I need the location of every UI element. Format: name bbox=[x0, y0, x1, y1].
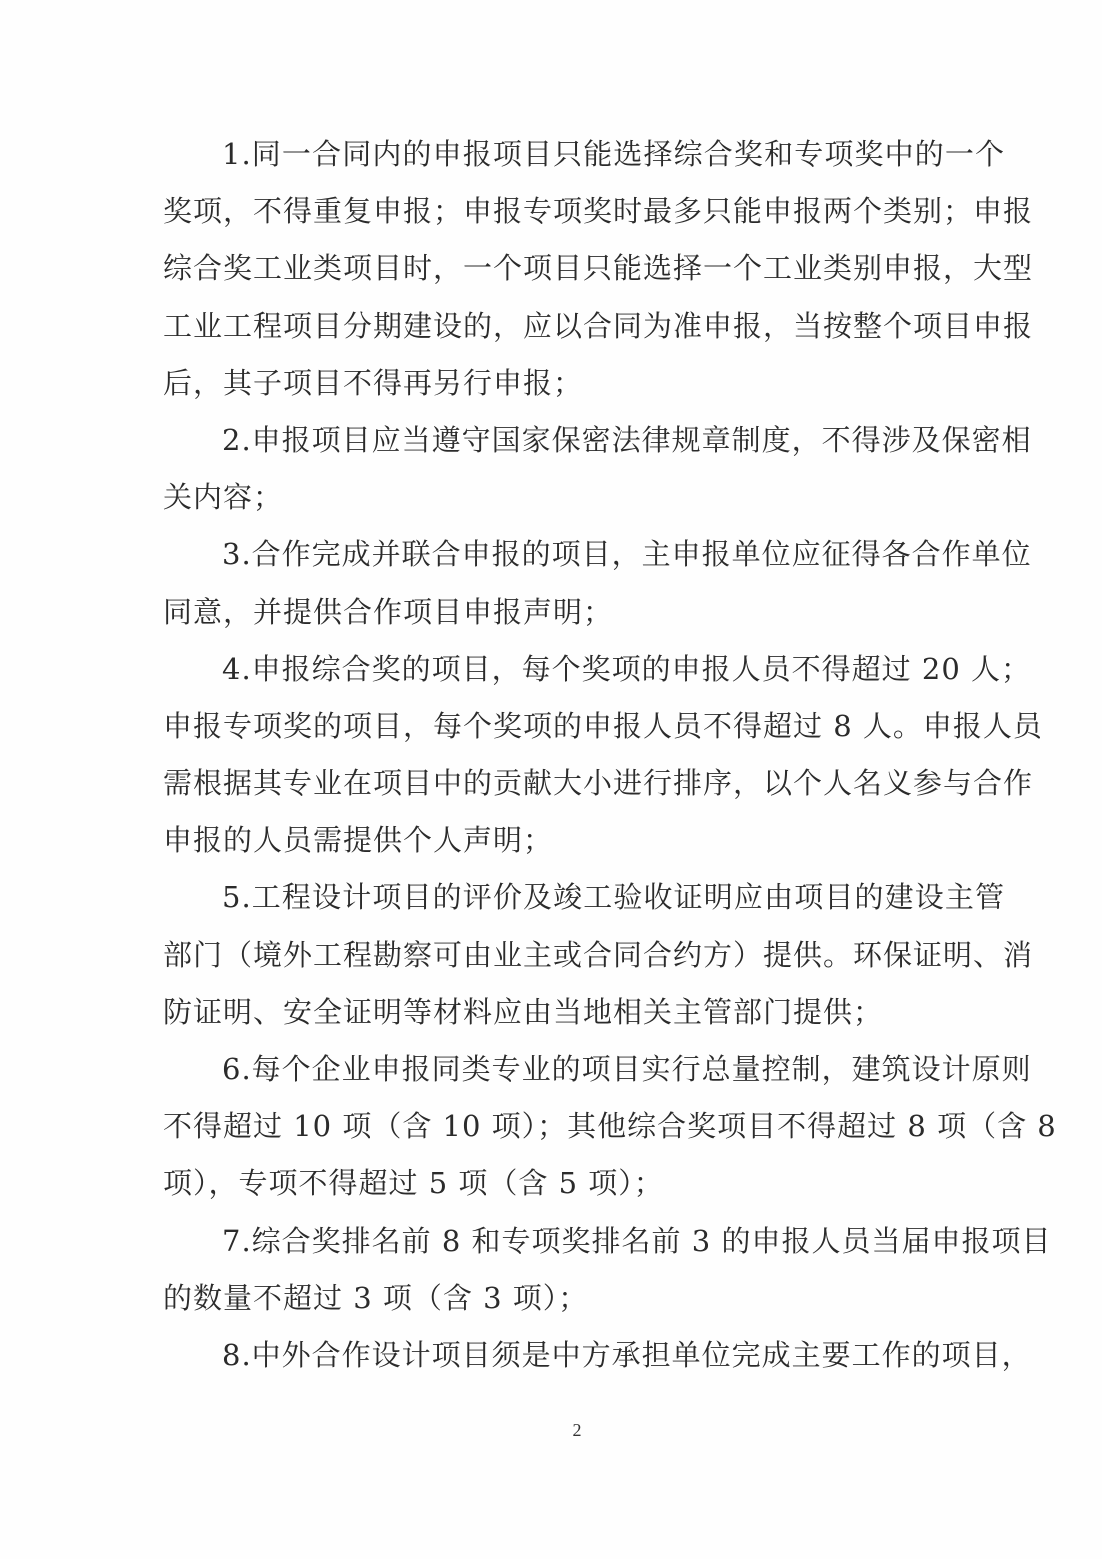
text-line: 8.中外合作设计项目须是中方承担单位完成主要工作的项目， bbox=[163, 1327, 1005, 1384]
paragraph-7: 7.综合奖排名前 8 和专项奖排名前 3 的申报人员当届申报项目 的数量不超过 … bbox=[163, 1213, 1005, 1327]
text-line: 申报专项奖的项目，每个奖项的申报人员不得超过 8 人。申报人员 bbox=[163, 698, 1005, 755]
text-line: 5.工程设计项目的评价及竣工验收证明应由项目的建设主管 bbox=[163, 869, 1005, 926]
text-line: 4.申报综合奖的项目，每个奖项的申报人员不得超过 20 人； bbox=[163, 641, 1005, 698]
text-line: 1.同一合同内的申报项目只能选择综合奖和专项奖中的一个 bbox=[163, 126, 1005, 183]
text-line: 项），专项不得超过 5 项（含 5 项）； bbox=[163, 1155, 1005, 1212]
text-line: 的数量不超过 3 项（含 3 项）； bbox=[163, 1270, 1005, 1327]
paragraph-1: 1.同一合同内的申报项目只能选择综合奖和专项奖中的一个 奖项，不得重复申报；申报… bbox=[163, 126, 1005, 412]
paragraph-2: 2.申报项目应当遵守国家保密法律规章制度，不得涉及保密相 关内容； bbox=[163, 412, 1005, 526]
text-line: 不得超过 10 项（含 10 项）；其他综合奖项目不得超过 8 项（含 8 bbox=[163, 1098, 1005, 1155]
paragraph-6: 6.每个企业申报同类专业的项目实行总量控制，建筑设计原则 不得超过 10 项（含… bbox=[163, 1041, 1005, 1213]
document-page: 1.同一合同内的申报项目只能选择综合奖和专项奖中的一个 奖项，不得重复申报；申报… bbox=[0, 0, 1102, 1559]
text-line: 2.申报项目应当遵守国家保密法律规章制度，不得涉及保密相 bbox=[163, 412, 1005, 469]
text-line: 6.每个企业申报同类专业的项目实行总量控制，建筑设计原则 bbox=[163, 1041, 1005, 1098]
text-line: 关内容； bbox=[163, 469, 1005, 526]
page-number: 2 bbox=[0, 1420, 1102, 1441]
text-line: 3.合作完成并联合申报的项目，主申报单位应征得各合作单位 bbox=[163, 526, 1005, 583]
paragraph-3: 3.合作完成并联合申报的项目，主申报单位应征得各合作单位 同意，并提供合作项目申… bbox=[163, 526, 1005, 640]
text-line: 综合奖工业类项目时，一个项目只能选择一个工业类别申报，大型 bbox=[163, 240, 1005, 297]
paragraph-4: 4.申报综合奖的项目，每个奖项的申报人员不得超过 20 人； 申报专项奖的项目，… bbox=[163, 641, 1005, 870]
text-line: 奖项，不得重复申报；申报专项奖时最多只能申报两个类别；申报 bbox=[163, 183, 1005, 240]
paragraph-8: 8.中外合作设计项目须是中方承担单位完成主要工作的项目， bbox=[163, 1327, 1005, 1384]
text-line: 同意，并提供合作项目申报声明； bbox=[163, 584, 1005, 641]
text-line: 需根据其专业在项目中的贡献大小进行排序，以个人名义参与合作 bbox=[163, 755, 1005, 812]
text-line: 后，其子项目不得再另行申报； bbox=[163, 355, 1005, 412]
text-line: 防证明、安全证明等材料应由当地相关主管部门提供； bbox=[163, 984, 1005, 1041]
text-line: 7.综合奖排名前 8 和专项奖排名前 3 的申报人员当届申报项目 bbox=[163, 1213, 1005, 1270]
text-line: 工业工程项目分期建设的，应以合同为准申报，当按整个项目申报 bbox=[163, 298, 1005, 355]
text-line: 申报的人员需提供个人声明； bbox=[163, 812, 1005, 869]
document-body: 1.同一合同内的申报项目只能选择综合奖和专项奖中的一个 奖项，不得重复申报；申报… bbox=[163, 126, 1005, 1384]
paragraph-5: 5.工程设计项目的评价及竣工验收证明应由项目的建设主管 部门（境外工程勘察可由业… bbox=[163, 869, 1005, 1041]
text-line: 部门（境外工程勘察可由业主或合同合约方）提供。环保证明、消 bbox=[163, 927, 1005, 984]
